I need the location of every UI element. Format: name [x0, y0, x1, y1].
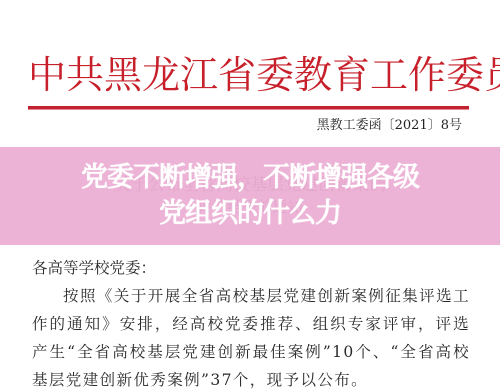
document-number: 黑教工委函〔2021〕8号 — [317, 117, 462, 135]
banner-line-2: 党组织的什么力 — [159, 196, 341, 232]
body-paragraph: 按照《关于开展全省高校基层党建创新案例征集评选工作的通知》安排，经高校党委推荐、… — [32, 282, 470, 392]
salutation: 各高等学校党委： — [32, 254, 470, 282]
issuer-header: 中共黑龙江省委教育工作委员会 — [28, 52, 472, 98]
document-body: 各高等学校党委： 按照《关于开展全省高校基层党建创新案例征集评选工作的通知》安排… — [32, 254, 470, 392]
overlay-banner-text: 党委不断增强，不断增强各级 党组织的什么力 — [0, 147, 500, 245]
banner-line-1: 党委不断增强，不断增强各级 — [81, 160, 419, 196]
document-page: 中共黑龙江省委教育工作委员会 黑教工委函〔2021〕8号 关于公布全省高校基层党… — [0, 0, 500, 392]
overlay-banner: 党委不断增强，不断增强各级 党组织的什么力 — [0, 147, 500, 245]
red-divider-rule — [28, 106, 469, 109]
